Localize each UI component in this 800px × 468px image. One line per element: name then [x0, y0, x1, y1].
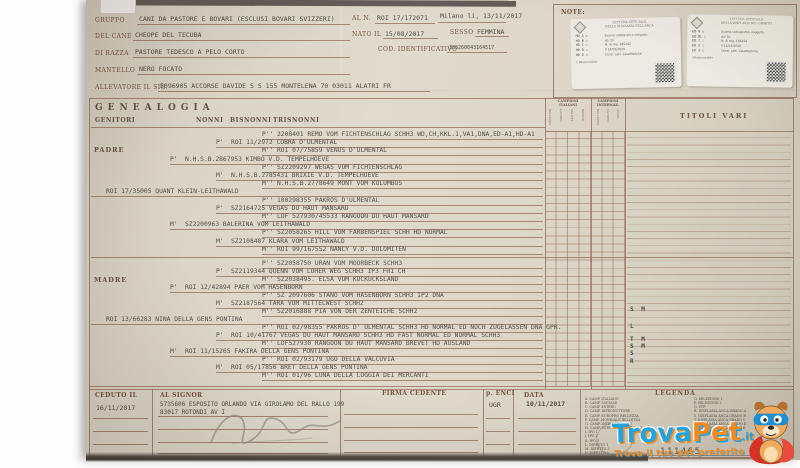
titoli-mark: T M [630, 336, 647, 343]
paper-corner-tab [100, 0, 136, 14]
column-divider [483, 389, 484, 457]
rule [93, 418, 148, 419]
paper-bottom-shadow [86, 452, 648, 462]
rule [93, 444, 148, 445]
al-n-label: AL N. [352, 15, 371, 22]
hd-sticker: LETTURA UFFICIALE DELLA DISPLASIA DELL'A… [570, 17, 681, 89]
subcol-label: LAVORO [606, 109, 609, 122]
titoli-mark: S [630, 350, 636, 357]
madre-label: MADRE [94, 276, 127, 284]
campioni-italiani-header: CAMPIONI ITALIANI [545, 100, 591, 108]
ed-info: Esame radiografico eseguito da: Dr. N. d… [721, 30, 789, 54]
rule [344, 427, 478, 428]
hd-footer: Il Responsabile [576, 60, 597, 64]
place-date: Milano li, 13/11/2017 [440, 12, 522, 20]
enci-label: p. ENCI [486, 390, 515, 397]
nato-value: 15/08/2017 [385, 30, 424, 38]
rule [383, 38, 438, 39]
gen-header-genitori: GENITORI [95, 117, 135, 124]
rule [89, 98, 793, 99]
grid-rows [545, 131, 625, 386]
mantello-label: MANTELLO [95, 67, 135, 74]
rule [93, 431, 148, 432]
rule [486, 444, 510, 445]
titoli-mark: S M [630, 306, 647, 313]
rule [133, 57, 350, 58]
rule [137, 24, 350, 25]
al-n-value: ROI 17/172071 [377, 14, 428, 22]
qr-code-icon [767, 62, 786, 81]
rule [137, 74, 350, 75]
note-box: NOTE: LETTURA UFFICIALE DELLA DISPLASIA … [553, 4, 797, 98]
sticker-logo-icon [574, 21, 587, 34]
firma-cedente-label: FIRMA CEDENTE [382, 390, 446, 397]
rule [486, 431, 510, 432]
brand-tagline: Trova il tuo pet preferito [614, 447, 745, 459]
titoli-mark: S M [630, 343, 647, 350]
note-label: NOTE: [561, 9, 585, 16]
rule [447, 52, 507, 53]
cedente-signature [192, 398, 357, 456]
rule [344, 440, 478, 441]
pedigree-row: M''ROI 99/167552 NANCY V.D. DOLOMITEN [262, 245, 543, 255]
rule [518, 431, 576, 432]
ed-sticker-title: LETTURA UFFICIALE DELLA DISPLASIA DEL GO… [703, 17, 789, 25]
grid-line [625, 98, 626, 389]
rule [518, 444, 576, 445]
subcol-label: BELLEZZA [548, 109, 551, 125]
qr-code-icon [655, 63, 674, 82]
column-divider [580, 389, 581, 457]
data-label: DATA [524, 392, 544, 399]
brand-pet: Pet [692, 417, 742, 448]
padre-label: PADRE [94, 146, 124, 154]
ed-footer: Il Responsabile [692, 55, 713, 59]
rule [438, 22, 506, 23]
razza-value: PASTORE TEDESCO A PELO CORTO [135, 48, 245, 56]
titoli-vari-header: TITOLI VARI [680, 112, 748, 120]
hd-info: Esame radiografico eseguito da: Dr. N. d… [605, 32, 673, 57]
brand-trova: Trova [612, 418, 693, 449]
nato-label: NATO IL [352, 31, 381, 38]
razza-label: DI RAZZA [95, 50, 129, 57]
column-divider [513, 389, 514, 457]
rule [486, 418, 510, 419]
subcol-label: BELLEZZA [596, 109, 599, 125]
rule [89, 386, 793, 387]
titoli-mark: R [630, 358, 636, 365]
genealogia-title: GENEALOGIA [95, 103, 215, 113]
column-divider [152, 389, 153, 457]
mantello-value: NERO FOCATO [139, 65, 182, 73]
table-border-left [89, 98, 90, 458]
legenda-title: LEGENDA [655, 390, 696, 397]
rule [133, 40, 350, 41]
enci-value: UGR [489, 401, 501, 409]
ed-sticker: LETTURA UFFICIALE DELLA DISPLASIA DEL GO… [687, 14, 794, 87]
subcol-label: LAVORO [559, 109, 562, 122]
padre-madre-divider [91, 257, 793, 258]
rule [91, 127, 545, 128]
campioni-internaz-header: CAMPIONI INTERNAZ. [591, 100, 625, 108]
sticker-logo-icon [691, 17, 704, 30]
gen-header-trisnonni: TRISNONNI [273, 117, 319, 124]
del-cane-label: DEL CANE [95, 33, 132, 40]
ceduto-label: CEDUTO IL [95, 392, 137, 399]
rule [475, 36, 509, 37]
gen-header-bisnonni: BISNONNI [230, 117, 272, 124]
rule [518, 418, 576, 419]
subcol-label: AGILITY [570, 109, 573, 122]
allevatore-label: ALLEVATORE IL SIG. [95, 84, 168, 91]
ed-codes: ED 0 ☒ ED BL ☐ ED 1 ☐ ED 2 ☐ ED 3 ☐ [692, 29, 706, 53]
rule [375, 23, 435, 24]
sesso-label: SESSO [450, 29, 474, 36]
allevatore-value: 5096905 ACCORSE DAVIDE S S 155 MONTELENA… [160, 82, 391, 90]
trovapet-mascot-icon [742, 398, 800, 468]
titoli-mark: L [630, 323, 636, 330]
pedigree-row: M''ROI 01/96 LUNA DELLA LOGGIA DEI MERCA… [262, 371, 543, 381]
hd-sticker-title: LETTURA UFFICIALE DELLA DISPLASIA DELL'A… [586, 20, 672, 29]
hd-codes: HD A ☒ HD B ☐ HD C ☐ HD D ☐ HD E ☐ [576, 34, 588, 58]
sesso-value: FEMMINA [477, 28, 504, 36]
del-cane-value: CHEOPE DEL TECUBA [135, 31, 202, 39]
data-value: 10/11/2017 [526, 400, 565, 408]
gruppo-label: GRUPPO [95, 17, 125, 24]
gen-header-nonni: NONNI [196, 117, 224, 124]
titoli-ruled-lines [627, 131, 791, 386]
subcol-label: RIPROD. [581, 109, 584, 122]
pedigree-photo: GRUPPO CANI DA PASTORE E BOVARI (ESCLUSI… [0, 0, 800, 468]
cod-value: 380260043164517 [449, 45, 494, 51]
rule [158, 91, 430, 92]
ceduto-value: 16/11/2017 [96, 404, 135, 412]
rule [344, 414, 478, 415]
gruppo-value: CANI DA PASTORE E BOVARI (ESCLUSI BOVARI… [139, 15, 335, 23]
cod-label: COD. IDENTIFICATIVO [378, 46, 457, 53]
subcol-label: ASSOL. [616, 109, 619, 120]
